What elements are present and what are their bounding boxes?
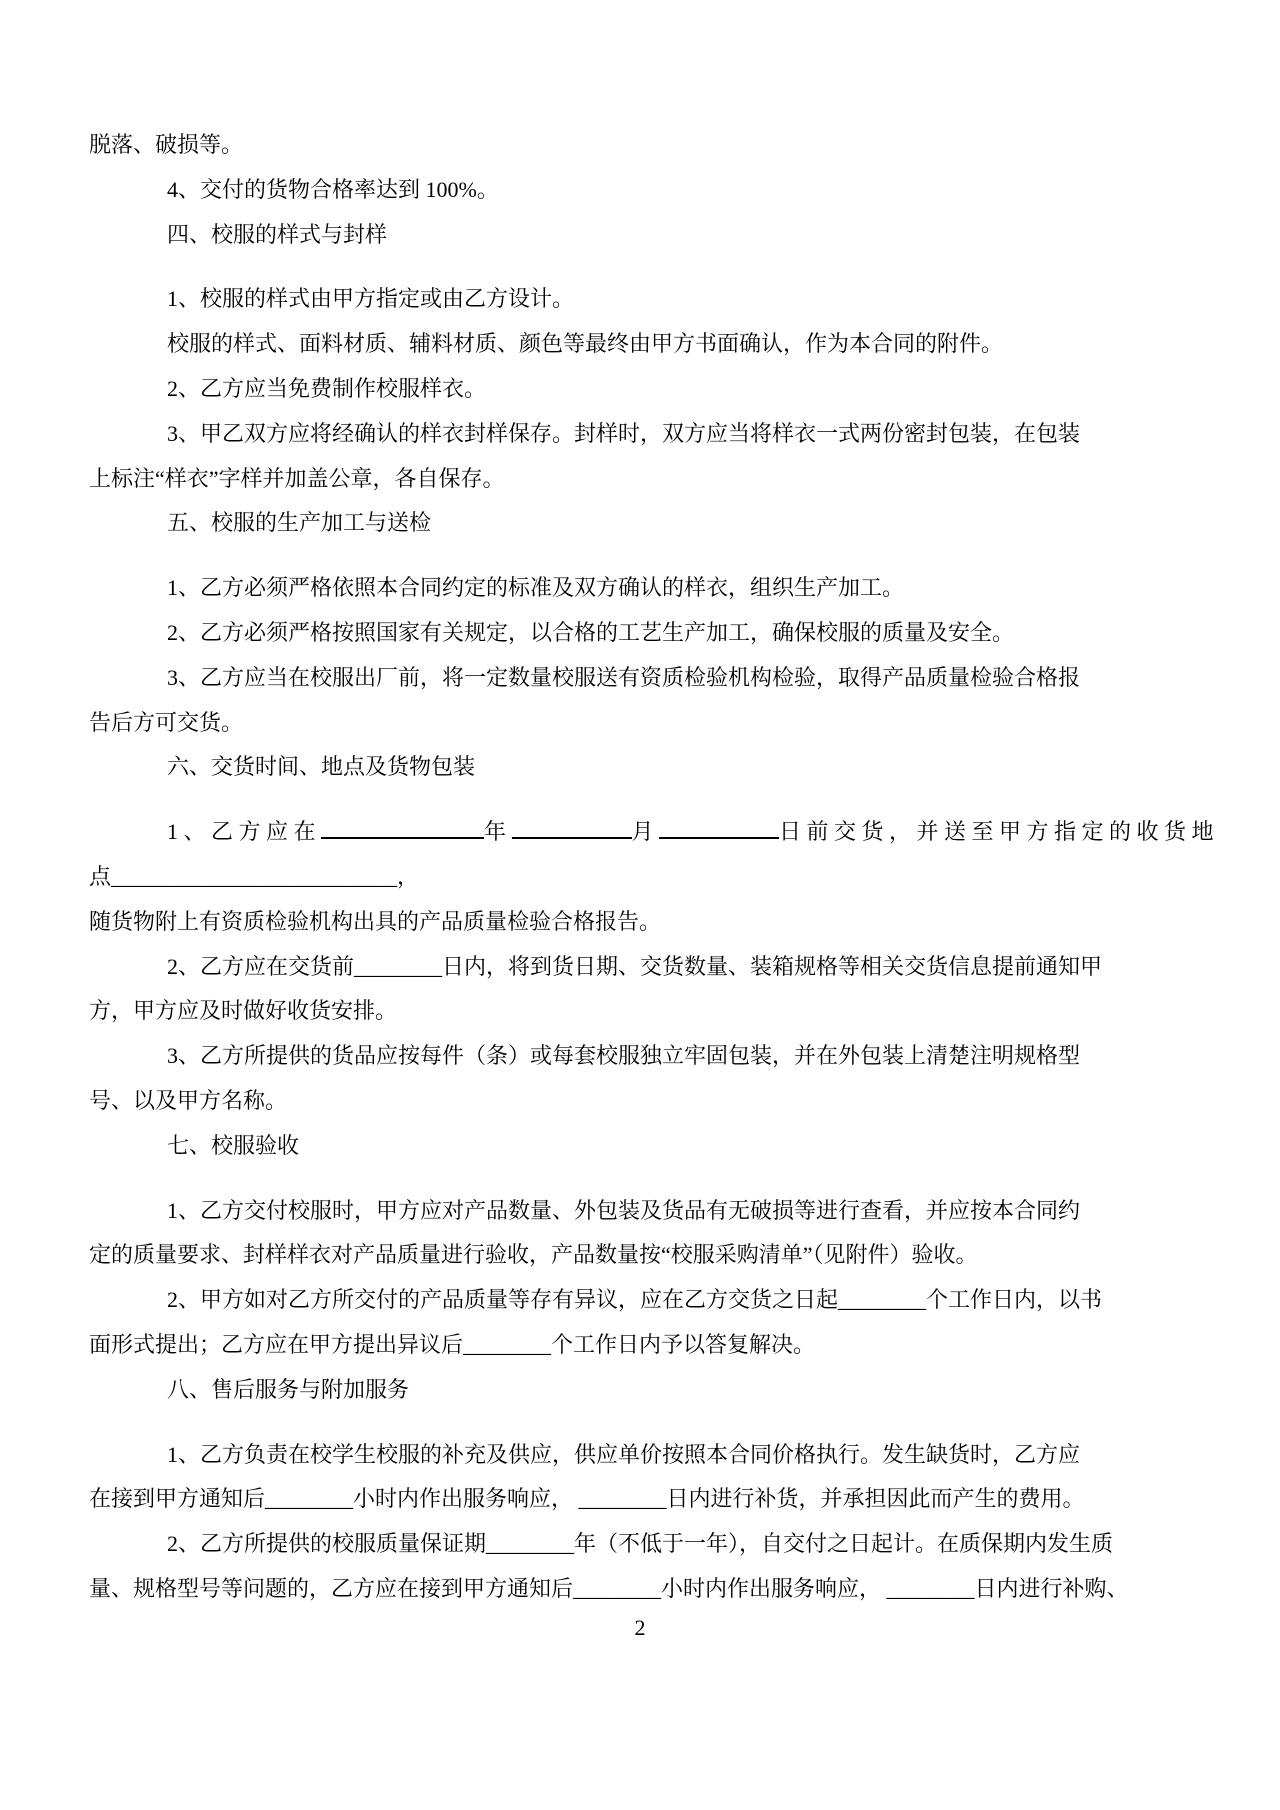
section-heading: 六、交货时间、地点及货物包装 [89,745,1167,790]
doc-line: 3、乙方应当在校服出厂前，将一定数量校服送有资质检验机构检验，取得产品质量检验合… [89,656,1167,701]
blank-field [512,834,632,839]
doc-line: 2、乙方应在交货前________日内，将到货日期、交货数量、装箱规格等相关交货… [89,945,1167,990]
doc-line: 方，甲方应及时做好收货安排。 [89,989,1167,1034]
doc-line: 校服的样式、面料材质、辅料材质、颜色等最终由甲方书面确认，作为本合同的附件。 [89,322,1167,367]
doc-line: 点__________________________， [89,855,1167,900]
page-number: 2 [0,1606,1280,1650]
doc-line: 3、甲乙双方应将经确认的样衣封样保存。封样时，双方应当将样衣一式两份密封包装，在… [89,412,1167,457]
doc-line: 4、交付的货物合格率达到 100%。 [89,168,1167,213]
doc-line: 1、乙方应在年月日前交货，并送至甲方指定的收货地 [89,810,1167,855]
doc-line: 面形式提出；乙方应在甲方提出异议后________个工作日内予以答复解决。 [89,1323,1167,1368]
doc-line: 2、乙方应当免费制作校服样衣。 [89,367,1167,412]
section-heading: 八、售后服务与附加服务 [89,1368,1167,1413]
blank-field [659,834,779,839]
doc-line: 量、规格型号等问题的，乙方应在接到甲方通知后________小时内作出服务响应，… [89,1567,1167,1612]
text-segment: 1、乙方应在 [167,819,321,844]
document-body: 脱落、破损等。4、交付的货物合格率达到 100%。四、校服的样式与封样1、校服的… [89,123,1167,1612]
doc-line: 1、乙方交付校服时，甲方应对产品数量、外包装及货品有无破损等进行查看，并应按本合… [89,1189,1167,1234]
doc-line: 3、乙方所提供的货品应按每件（条）或每套校服独立牢固包装，并在外包装上清楚注明规… [89,1034,1167,1079]
doc-line: 号、以及甲方名称。 [89,1079,1167,1124]
doc-line: 1、乙方必须严格依照本合同约定的标准及双方确认的样衣，组织生产加工。 [89,566,1167,611]
doc-line: 1、乙方负责在校学生校服的补充及供应，供应单价按照本合同价格执行。发生缺货时，乙… [89,1433,1167,1478]
section-heading: 五、校服的生产加工与送检 [89,501,1167,546]
text-segment: 日前交货，并送至甲方指定的收货地 [779,819,1219,844]
doc-line: 定的质量要求、封样样衣对产品质量进行验收，产品数量按“校服采购清单”（见附件）验… [89,1233,1167,1278]
text-segment: 月 [632,819,660,844]
blank-field [321,834,484,839]
section-heading: 四、校服的样式与封样 [89,213,1167,258]
text-segment: 年 [484,819,512,844]
section-heading: 七、校服验收 [89,1124,1167,1169]
doc-line: 2、甲方如对乙方所交付的产品质量等存有异议，应在乙方交货之日起________个… [89,1278,1167,1323]
doc-line: 告后方可交货。 [89,701,1167,746]
doc-line: 上标注“样衣”字样并加盖公章，各自保存。 [89,457,1167,502]
doc-line: 1、校服的样式由甲方指定或由乙方设计。 [89,277,1167,322]
doc-line: 2、乙方必须严格按照国家有关规定，以合格的工艺生产加工，确保校服的质量及安全。 [89,611,1167,656]
doc-line: 随货物附上有资质检验机构出具的产品质量检验合格报告。 [89,900,1167,945]
doc-line: 在接到甲方通知后________小时内作出服务响应， ________日内进行补… [89,1477,1167,1522]
doc-line: 脱落、破损等。 [89,123,1167,168]
doc-line: 2、乙方所提供的校服质量保证期________年（不低于一年），自交付之日起计。… [89,1522,1167,1567]
document-page: 脱落、破损等。4、交付的货物合格率达到 100%。四、校服的样式与封样1、校服的… [0,0,1280,1810]
